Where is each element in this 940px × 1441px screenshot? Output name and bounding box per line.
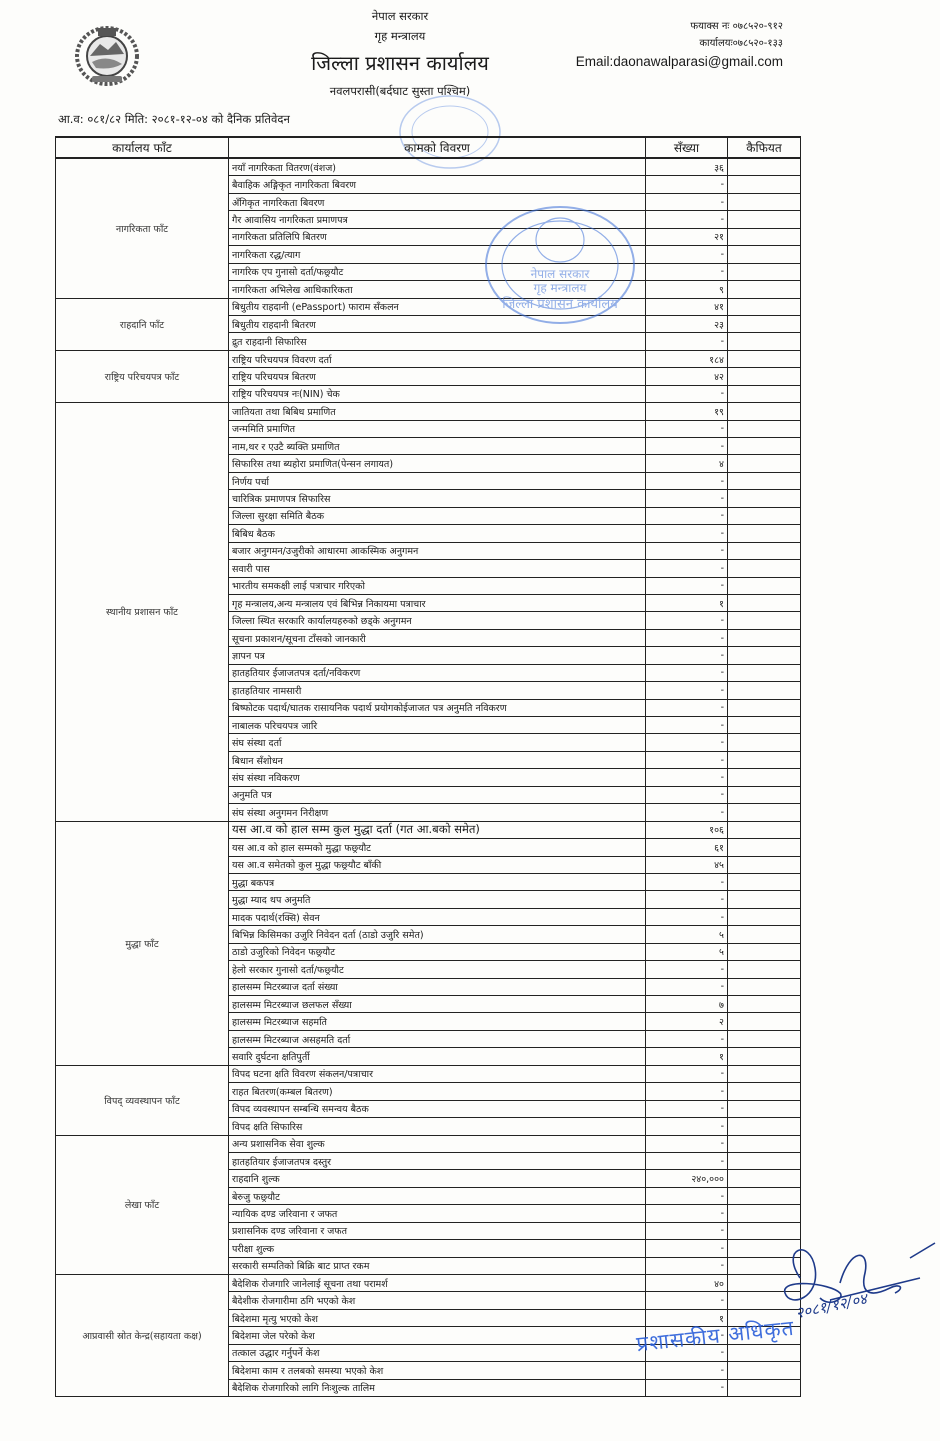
- count-cell: -: [646, 629, 728, 646]
- remarks-cell: [728, 1257, 801, 1274]
- remarks-cell: [728, 839, 801, 856]
- remarks-cell: [728, 1152, 801, 1169]
- remarks-cell: [728, 176, 801, 193]
- task-cell: राहदानि शुल्क: [229, 1170, 646, 1187]
- count-cell: १०६: [646, 821, 728, 838]
- table-row: राष्ट्रिय परिचयपत्र फाँटराष्ट्रिय परिचयप…: [56, 350, 801, 367]
- remarks-cell: [728, 542, 801, 559]
- task-cell: नागरिक एप गुनासो दर्ता/फछ्र्यौट: [229, 263, 646, 280]
- remarks-cell: [728, 438, 801, 455]
- count-cell: ५: [646, 943, 728, 960]
- count-cell: -: [646, 542, 728, 559]
- count-cell: ५: [646, 926, 728, 943]
- task-cell: बिभिन्न किसिमका उजुरि निवेदन दर्ता (ठाडो…: [229, 926, 646, 943]
- remarks-cell: [728, 525, 801, 542]
- task-cell: मुद्धा बकपत्र: [229, 873, 646, 890]
- contact-block: फयाक्स नः ०७८५२०-९१२ कार्यालयः०७८५२०-१३३…: [576, 18, 783, 72]
- task-cell: नागरिकता अभिलेख आधिकारिकता: [229, 281, 646, 298]
- task-cell: बेरुजु फछ्र्यौट: [229, 1187, 646, 1204]
- remarks-cell: [728, 629, 801, 646]
- remarks-cell: [728, 891, 801, 908]
- task-cell: राष्ट्रिय परिचयपत्र विवरण दर्ता: [229, 350, 646, 367]
- count-cell: -: [646, 263, 728, 280]
- table-row: आप्रवासी स्रोत केन्द्र(सहायता कक्ष)बैदेश…: [56, 1275, 801, 1292]
- task-cell: बिदेशमा जेल परेको केश: [229, 1327, 646, 1344]
- count-cell: ४०: [646, 1275, 728, 1292]
- section-name-cell: राष्ट्रिय परिचयपत्र फाँट: [56, 350, 229, 402]
- table-row: नागरिकता फाँटनयाँ नागरिकता वितरण(वंशज)३६: [56, 158, 801, 176]
- remarks-cell: [728, 734, 801, 751]
- count-cell: ४: [646, 455, 728, 472]
- count-cell: -: [646, 647, 728, 664]
- count-cell: -: [646, 1135, 728, 1152]
- count-cell: -: [646, 525, 728, 542]
- count-cell: -: [646, 1118, 728, 1135]
- remarks-cell: [728, 350, 801, 367]
- office-name: जिल्ला प्रशासन कार्यालय: [250, 48, 550, 78]
- remarks-cell: [728, 647, 801, 664]
- remarks-cell: [728, 1240, 801, 1257]
- task-cell: सवारी पास: [229, 560, 646, 577]
- remarks-cell: [728, 385, 801, 402]
- task-cell: बैदेशिक रोजगारिको लागि निःशुल्क तालिम: [229, 1379, 646, 1396]
- remarks-cell: [728, 1379, 801, 1396]
- count-cell: ३६: [646, 158, 728, 176]
- count-cell: -: [646, 664, 728, 681]
- remarks-cell: [728, 1083, 801, 1100]
- count-cell: -: [646, 193, 728, 210]
- task-cell: ठाडो उजुरिको निवेदन फछ्र्यौट: [229, 943, 646, 960]
- table-row: मुद्धा फाँटयस आ.व को हाल सम्म कुल मुद्धा…: [56, 821, 801, 838]
- count-cell: -: [646, 682, 728, 699]
- count-cell: -: [646, 612, 728, 629]
- task-cell: हातहतियार नामसारी: [229, 682, 646, 699]
- count-cell: १९: [646, 403, 728, 420]
- count-cell: -: [646, 699, 728, 716]
- count-cell: -: [646, 246, 728, 263]
- count-cell: -: [646, 804, 728, 821]
- task-cell: बैदेशीक रोजगारीमा ठगि भएको केश: [229, 1292, 646, 1309]
- report-title: आ.व: ०८१/८२ मिति: २०८१-१२-०४ को दैनिक प्…: [58, 112, 290, 127]
- count-cell: २१: [646, 228, 728, 245]
- count-cell: -: [646, 490, 728, 507]
- count-cell: -: [646, 961, 728, 978]
- remarks-cell: [728, 1048, 801, 1065]
- task-cell: सूचना प्रकाशन/सूचना टाँसको जानकारी: [229, 629, 646, 646]
- count-cell: २४०,०००: [646, 1170, 728, 1187]
- count-cell: १८४: [646, 350, 728, 367]
- remarks-cell: [728, 368, 801, 385]
- count-cell: -: [646, 1205, 728, 1222]
- task-cell: नागरिकता प्रतिलिपि बितरण: [229, 228, 646, 245]
- task-cell: विपद क्षति सिफारिस: [229, 1118, 646, 1135]
- count-cell: -: [646, 1083, 728, 1100]
- remarks-cell: [728, 926, 801, 943]
- count-cell: -: [646, 176, 728, 193]
- remarks-cell: [728, 786, 801, 803]
- task-cell: विपद घटना क्षति विवरण संकलन/पत्राचार: [229, 1065, 646, 1082]
- count-cell: ९: [646, 281, 728, 298]
- count-cell: -: [646, 873, 728, 890]
- remarks-cell: [728, 1362, 801, 1379]
- task-cell: हेलो सरकार गुनासो दर्ता/फछ्र्यौट: [229, 961, 646, 978]
- section-name-cell: राहदानि फाँट: [56, 298, 229, 350]
- count-cell: -: [646, 560, 728, 577]
- task-cell: जिल्ला सुरक्षा समिति बैठक: [229, 507, 646, 524]
- remarks-cell: [728, 246, 801, 263]
- remarks-cell: [728, 699, 801, 716]
- remarks-cell: [728, 263, 801, 280]
- office-phone: कार्यालयः०७८५२०-१३३: [576, 35, 783, 52]
- count-cell: २३: [646, 315, 728, 332]
- task-cell: अँगिकृत नागरिकता बिवरण: [229, 193, 646, 210]
- task-cell: बैवाहिक अङ्गिकृत नागरिकता बिवरण: [229, 176, 646, 193]
- task-cell: गैर आवासिय नागरिकता प्रमाणपत्र: [229, 211, 646, 228]
- count-cell: -: [646, 908, 728, 925]
- task-cell: बिधुतीय राहदानी (ePassport) फाराम सँकलन: [229, 298, 646, 315]
- count-cell: -: [646, 1362, 728, 1379]
- table-header-row: कार्यालय फाँट कामको विवरण सँख्या कैफियत: [56, 137, 801, 158]
- remarks-cell: [728, 1118, 801, 1135]
- task-cell: तत्काल उद्धार गर्नुपर्ने केश: [229, 1344, 646, 1361]
- email-address: Email:daonawalparasi@gmail.com: [576, 52, 783, 72]
- count-cell: ४५: [646, 856, 728, 873]
- count-cell: १: [646, 1048, 728, 1065]
- task-cell: हातहतियार ईजाजतपत्र दस्तुर: [229, 1152, 646, 1169]
- remarks-cell: [728, 1170, 801, 1187]
- count-cell: -: [646, 1187, 728, 1204]
- task-cell: प्रशासनिक दण्ड जरिवाना र जफत: [229, 1222, 646, 1239]
- remarks-cell: [728, 1275, 801, 1292]
- task-cell: राष्ट्रिय परिचयपत्र नः(NIN) चेक: [229, 385, 646, 402]
- remarks-cell: [728, 908, 801, 925]
- count-cell: १: [646, 594, 728, 611]
- remarks-cell: [728, 472, 801, 489]
- section-name-cell: आप्रवासी स्रोत केन्द्र(सहायता कक्ष): [56, 1275, 229, 1397]
- count-cell: -: [646, 786, 728, 803]
- table-row: विपद् व्यवस्थापन फाँटविपद घटना क्षति विव…: [56, 1065, 801, 1082]
- section-name-cell: नागरिकता फाँट: [56, 158, 229, 298]
- remarks-cell: [728, 978, 801, 995]
- remarks-cell: [728, 1065, 801, 1082]
- column-header-count: सँख्या: [646, 137, 728, 158]
- count-cell: ४१: [646, 298, 728, 315]
- remarks-cell: [728, 228, 801, 245]
- remarks-cell: [728, 943, 801, 960]
- section-name-cell: विपद् व्यवस्थापन फाँट: [56, 1065, 229, 1135]
- remarks-cell: [728, 490, 801, 507]
- count-cell: -: [646, 577, 728, 594]
- count-cell: -: [646, 1222, 728, 1239]
- task-cell: भारतीय समकक्षी लाई पत्राचार गरिएको: [229, 577, 646, 594]
- count-cell: -: [646, 333, 728, 350]
- task-cell: हालसम्म मिटरब्याज असहमति दर्ता: [229, 1030, 646, 1047]
- task-cell: हालसम्म मिटरब्याज सहमति: [229, 1013, 646, 1030]
- remarks-cell: [728, 961, 801, 978]
- count-cell: -: [646, 717, 728, 734]
- remarks-cell: [728, 804, 801, 821]
- count-cell: -: [646, 385, 728, 402]
- task-cell: विपद व्यवस्थापन सम्बन्धि समन्वय बैठक: [229, 1100, 646, 1117]
- task-cell: चारित्रिक प्रमाणपत्र सिफारिस: [229, 490, 646, 507]
- count-cell: -: [646, 420, 728, 437]
- task-cell: राष्ट्रिय परिचयपत्र बितरण: [229, 368, 646, 385]
- nepal-emblem-icon: [68, 20, 146, 88]
- remarks-cell: [728, 821, 801, 838]
- office-location: नवलपरासी(बर्दघाट सुस्ता पश्चिम): [250, 81, 550, 101]
- remarks-cell: [728, 560, 801, 577]
- count-cell: -: [646, 211, 728, 228]
- remarks-cell: [728, 1100, 801, 1117]
- task-cell: हालसम्म मिटरब्याज दर्ता संख्या: [229, 978, 646, 995]
- task-cell: नयाँ नागरिकता वितरण(वंशज): [229, 158, 646, 176]
- section-name-cell: मुद्धा फाँट: [56, 821, 229, 1065]
- remarks-cell: [728, 211, 801, 228]
- remarks-cell: [728, 664, 801, 681]
- task-cell: निर्णय पर्चा: [229, 472, 646, 489]
- count-cell: -: [646, 1292, 728, 1309]
- task-cell: गृह मन्त्रालय,अन्य मन्त्रालय एवं बिभिन्न…: [229, 594, 646, 611]
- count-cell: -: [646, 1379, 728, 1396]
- task-cell: संघ संस्था नविकरण: [229, 769, 646, 786]
- column-header-section: कार्यालय फाँट: [56, 137, 229, 158]
- count-cell: ४२: [646, 368, 728, 385]
- count-cell: ७: [646, 996, 728, 1013]
- remarks-cell: [728, 333, 801, 350]
- fax-number: फयाक्स नः ०७८५२०-९१२: [576, 18, 783, 35]
- table-row: लेखा फाँटअन्य प्रशासनिक सेवा शुल्क-: [56, 1135, 801, 1152]
- remarks-cell: [728, 455, 801, 472]
- count-cell: -: [646, 472, 728, 489]
- remarks-cell: [728, 298, 801, 315]
- remarks-cell: [728, 420, 801, 437]
- task-cell: यस आ.व को हाल सम्मको मुद्धा फछ्र्यौट: [229, 839, 646, 856]
- count-cell: -: [646, 1100, 728, 1117]
- task-cell: बिबिध बैठक: [229, 525, 646, 542]
- table-row: स्थानीय प्रशासन फाँटजातियता तथा बिबिध प्…: [56, 403, 801, 420]
- count-cell: -: [646, 734, 728, 751]
- task-cell: बिधुतीय राहदानी बितरण: [229, 315, 646, 332]
- table-body: नागरिकता फाँटनयाँ नागरिकता वितरण(वंशज)३६…: [56, 158, 801, 1397]
- remarks-cell: [728, 1292, 801, 1309]
- table-row: राहदानि फाँटबिधुतीय राहदानी (ePassport) …: [56, 298, 801, 315]
- count-cell: -: [646, 507, 728, 524]
- task-cell: बिष्फोटक पदार्थ/घातक रासायनिक पदार्थ प्र…: [229, 699, 646, 716]
- daily-report-table: कार्यालय फाँट कामको विवरण सँख्या कैफियत …: [55, 136, 801, 1397]
- task-cell: हालसम्म मिटरब्याज छलफल सँख्या: [229, 996, 646, 1013]
- remarks-cell: [728, 281, 801, 298]
- remarks-cell: [728, 1222, 801, 1239]
- task-cell: यस आ.व समेतको कुल मुद्धा फछ्र्यौट बाँकी: [229, 856, 646, 873]
- count-cell: -: [646, 1065, 728, 1082]
- remarks-cell: [728, 507, 801, 524]
- column-header-remarks: कैफियत: [728, 137, 801, 158]
- count-cell: -: [646, 769, 728, 786]
- count-cell: -: [646, 1240, 728, 1257]
- remarks-cell: [728, 158, 801, 176]
- count-cell: -: [646, 1257, 728, 1274]
- remarks-cell: [728, 612, 801, 629]
- task-cell: संघ संस्था अनुगमन निरीक्षण: [229, 804, 646, 821]
- section-name-cell: लेखा फाँट: [56, 1135, 229, 1275]
- remarks-cell: [728, 577, 801, 594]
- task-cell: जन्ममिति प्रमाणित: [229, 420, 646, 437]
- count-cell: -: [646, 1030, 728, 1047]
- remarks-cell: [728, 717, 801, 734]
- task-cell: सिफारिस तथा ब्यहोरा प्रमाणित(पेन्सन लगाय…: [229, 455, 646, 472]
- remarks-cell: [728, 1013, 801, 1030]
- task-cell: हातहतियार ईजाजतपत्र दर्ता/नविकरण: [229, 664, 646, 681]
- task-cell: नाम,थर र एउटै ब्यक्ति प्रमाणित: [229, 438, 646, 455]
- remarks-cell: [728, 769, 801, 786]
- letterhead: नेपाल सरकार गृह मन्त्रालय जिल्ला प्रशासन…: [250, 6, 550, 101]
- task-cell: मुद्धा म्याद थप अनुमति: [229, 891, 646, 908]
- remarks-cell: [728, 1187, 801, 1204]
- remarks-cell: [728, 856, 801, 873]
- task-cell: बिधान सँशोधन: [229, 751, 646, 768]
- task-cell: संघ संस्था दर्ता: [229, 734, 646, 751]
- task-cell: बैदेशिक रोजगारि जानेलाई सूचना तथा परामर्…: [229, 1275, 646, 1292]
- task-cell: नागरिकता रद्ध/त्याग: [229, 246, 646, 263]
- ministry-name: गृह मन्त्रालय: [250, 26, 550, 46]
- task-cell: अन्य प्रशासनिक सेवा शुल्क: [229, 1135, 646, 1152]
- remarks-cell: [728, 873, 801, 890]
- task-cell: जिल्ला स्थित सरकारि कार्यालयहरुको छड्के …: [229, 612, 646, 629]
- task-cell: बिदेशमा मृत्यु भएको केश: [229, 1309, 646, 1326]
- count-cell: -: [646, 1152, 728, 1169]
- remarks-cell: [728, 403, 801, 420]
- remarks-cell: [728, 1135, 801, 1152]
- task-cell: अनुमति पत्र: [229, 786, 646, 803]
- task-cell: न्यायिक दण्ड जरिवाना र जफत: [229, 1205, 646, 1222]
- remarks-cell: [728, 193, 801, 210]
- count-cell: -: [646, 978, 728, 995]
- task-cell: मादक पदार्थ(रक्सि) सेवन: [229, 908, 646, 925]
- count-cell: -: [646, 891, 728, 908]
- column-header-task: कामको विवरण: [229, 137, 646, 158]
- task-cell: बजार अनुगमन/उजुरीको आधारमा आकस्मिक अनुगम…: [229, 542, 646, 559]
- remarks-cell: [728, 751, 801, 768]
- count-cell: -: [646, 751, 728, 768]
- remarks-cell: [728, 1205, 801, 1222]
- task-cell: द्रुत राहदानी सिफारिस: [229, 333, 646, 350]
- remarks-cell: [728, 682, 801, 699]
- government-name: नेपाल सरकार: [250, 6, 550, 26]
- signature-date: २०८१/१२/०४: [794, 1289, 869, 1324]
- remarks-cell: [728, 315, 801, 332]
- task-cell: यस आ.व को हाल सम्म कुल मुद्धा दर्ता (गत …: [229, 821, 646, 838]
- task-cell: ज्ञापन पत्र: [229, 647, 646, 664]
- count-cell: ६१: [646, 839, 728, 856]
- task-cell: नाबालक परिचयपत्र जारि: [229, 717, 646, 734]
- section-name-cell: स्थानीय प्रशासन फाँट: [56, 403, 229, 822]
- task-cell: जातियता तथा बिबिध प्रमाणित: [229, 403, 646, 420]
- remarks-cell: [728, 996, 801, 1013]
- count-cell: २: [646, 1013, 728, 1030]
- task-cell: बिदेशमा काम र तलबको समस्या भएको केश: [229, 1362, 646, 1379]
- remarks-cell: [728, 594, 801, 611]
- task-cell: सरकारी सम्पतिको बिक्रि बाट प्राप्त रकम: [229, 1257, 646, 1274]
- task-cell: परीक्षा शुल्क: [229, 1240, 646, 1257]
- count-cell: -: [646, 438, 728, 455]
- task-cell: सवारि दुर्घटना क्षतिपुर्ती: [229, 1048, 646, 1065]
- remarks-cell: [728, 1030, 801, 1047]
- task-cell: राहत बितरण(कम्बल बितरण): [229, 1083, 646, 1100]
